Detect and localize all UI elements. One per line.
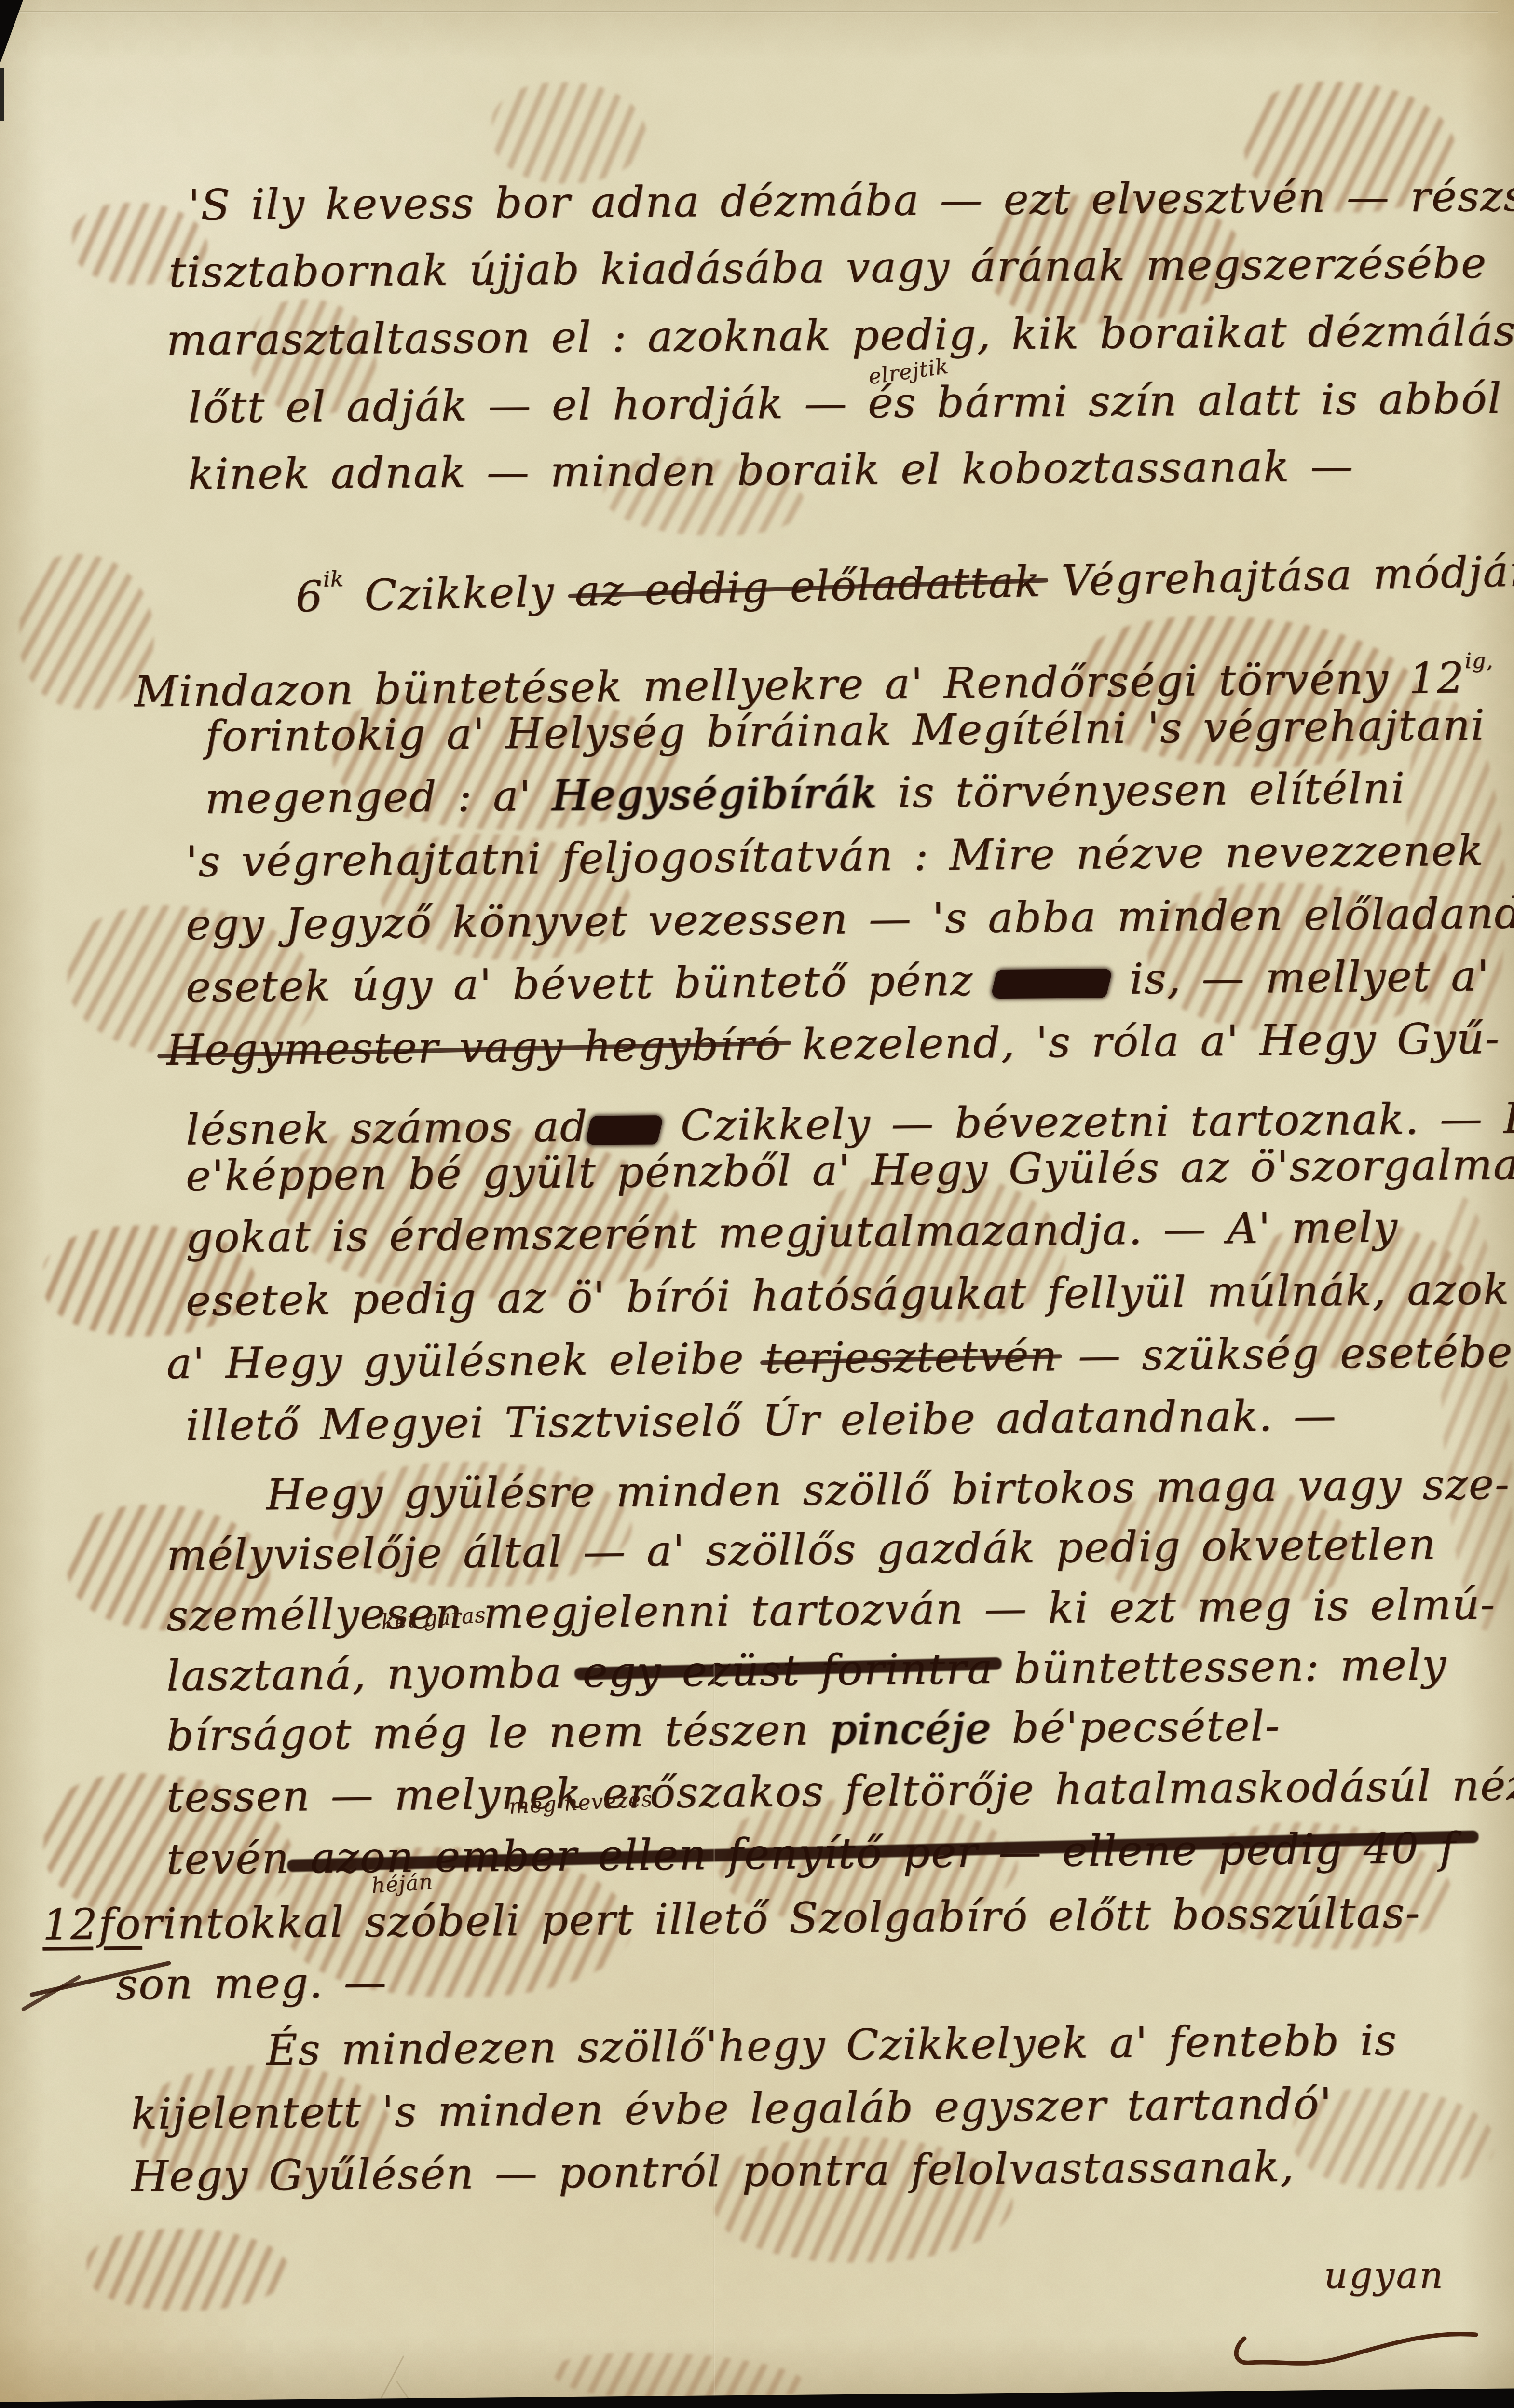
manuscript-page: 'S ily kevess bor adna dézmába — ezt elv… [0,0,1514,2408]
catchword-flourish [1225,2301,1495,2373]
top-edge-crease [13,11,1498,13]
scan-edge-left-sliver [0,68,4,121]
vertical-fold-crease [713,1664,715,2408]
paper-texture [0,0,1514,2408]
catchword: ugyan [1324,2254,1445,2297]
